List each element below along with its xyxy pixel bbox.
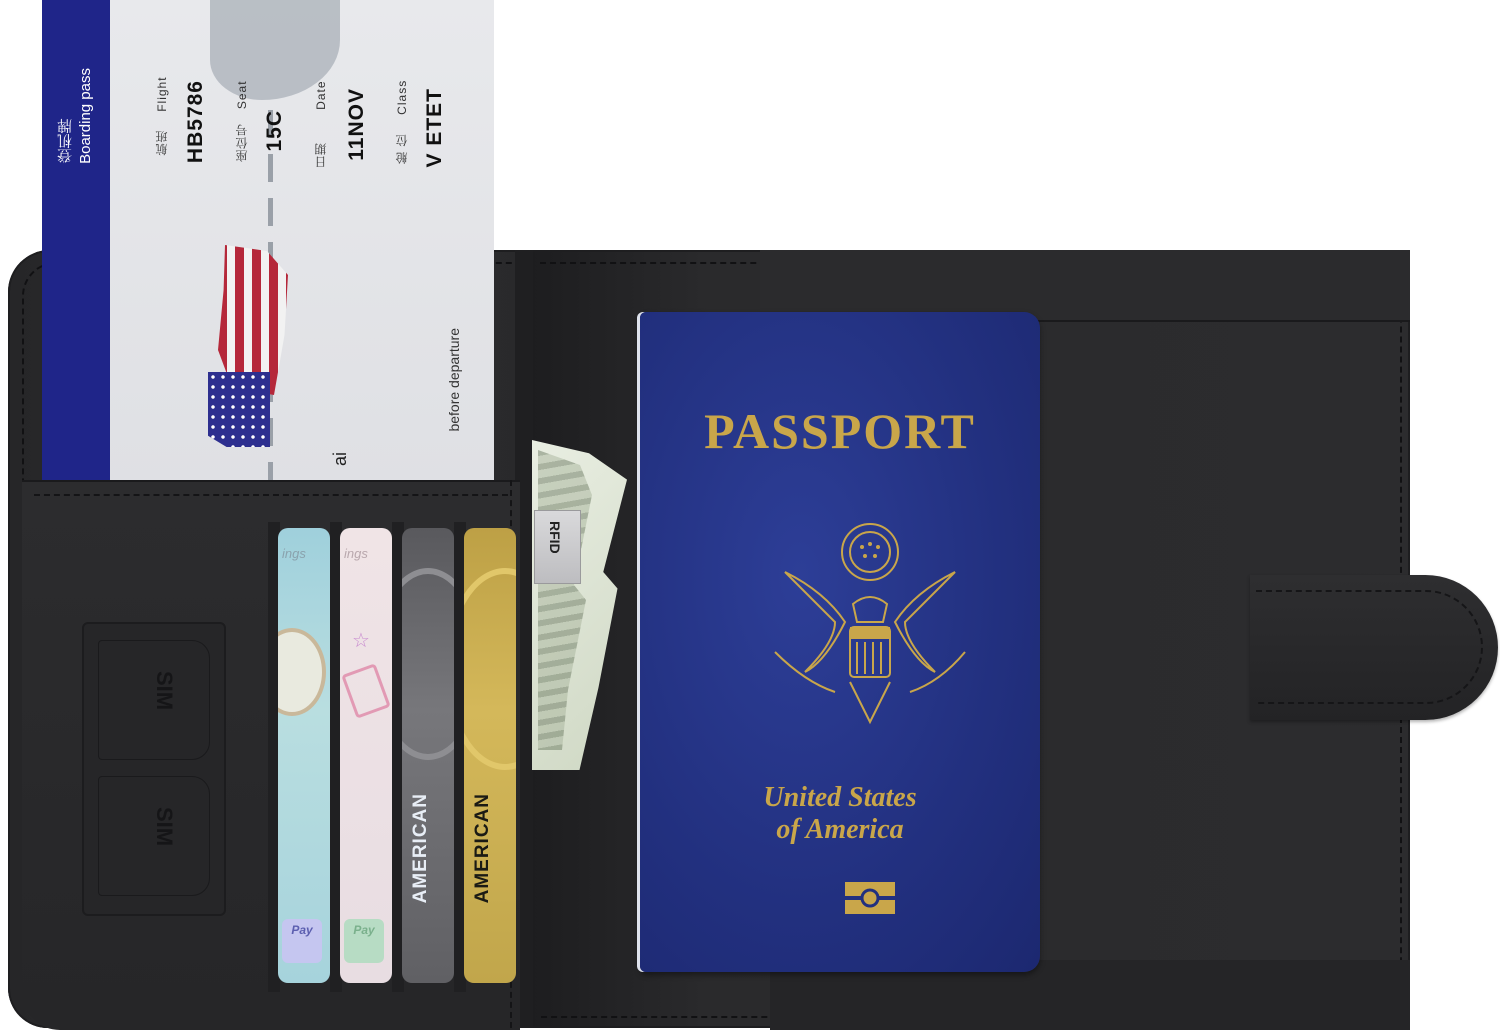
boarding-pass-title: 登机牌 Boarding pass bbox=[56, 68, 96, 164]
eagle-seal-icon bbox=[765, 512, 975, 732]
sim-label-1: SIM bbox=[151, 671, 177, 710]
us-map-flag-stars bbox=[208, 372, 270, 447]
date-value: 11NOV bbox=[345, 88, 369, 161]
seat-label: 座位号 Seat bbox=[233, 80, 251, 162]
card-pink[interactable]: ings ☆ Pay bbox=[340, 528, 392, 983]
pay-badge: Pay bbox=[344, 919, 384, 963]
date-label: 日期 Date bbox=[312, 80, 330, 168]
clasp-stitching bbox=[1256, 590, 1483, 704]
bag-graphic bbox=[341, 663, 391, 719]
us-passport[interactable]: PASSPORT United States of America bbox=[640, 312, 1040, 972]
boarding-pass-title-en: Boarding pass bbox=[77, 68, 94, 164]
sim-slot-2[interactable]: SIM bbox=[98, 776, 210, 896]
pay-badge: Pay bbox=[282, 919, 322, 963]
seat-value: 15C bbox=[263, 110, 287, 152]
boarding-pass-title-cn: 登机牌 bbox=[57, 119, 74, 164]
pocket-stitching bbox=[34, 494, 508, 498]
rfid-label: RFID bbox=[547, 521, 563, 554]
departure-note: before departure bbox=[446, 328, 462, 432]
card-emblem bbox=[464, 568, 516, 770]
flight-value: HB5786 bbox=[184, 80, 208, 163]
flight-label: 航班 Flight bbox=[153, 76, 171, 156]
card-graphic bbox=[278, 628, 326, 716]
card-blue[interactable]: ings Pay bbox=[278, 528, 330, 983]
passport-country: United States of America bbox=[640, 782, 1040, 846]
card-gray[interactable]: AMERICAN bbox=[402, 528, 454, 983]
biometric-chip-icon bbox=[845, 882, 895, 914]
destination-partial-text: ai bbox=[330, 452, 351, 466]
class-value: V ETET bbox=[423, 88, 447, 168]
sim-slot-1[interactable]: SIM bbox=[98, 640, 210, 760]
sim-card-holder[interactable]: SIM SIM bbox=[82, 622, 226, 916]
card-gold[interactable]: AMERICAN bbox=[464, 528, 516, 983]
star-icon: ☆ bbox=[352, 628, 370, 653]
sim-label-2: SIM bbox=[151, 807, 177, 846]
passport-title: PASSPORT bbox=[640, 402, 1040, 460]
card-emblem bbox=[402, 568, 454, 760]
rfid-tag: RFID bbox=[534, 510, 581, 584]
class-label: 舱 位 Class bbox=[393, 80, 411, 164]
